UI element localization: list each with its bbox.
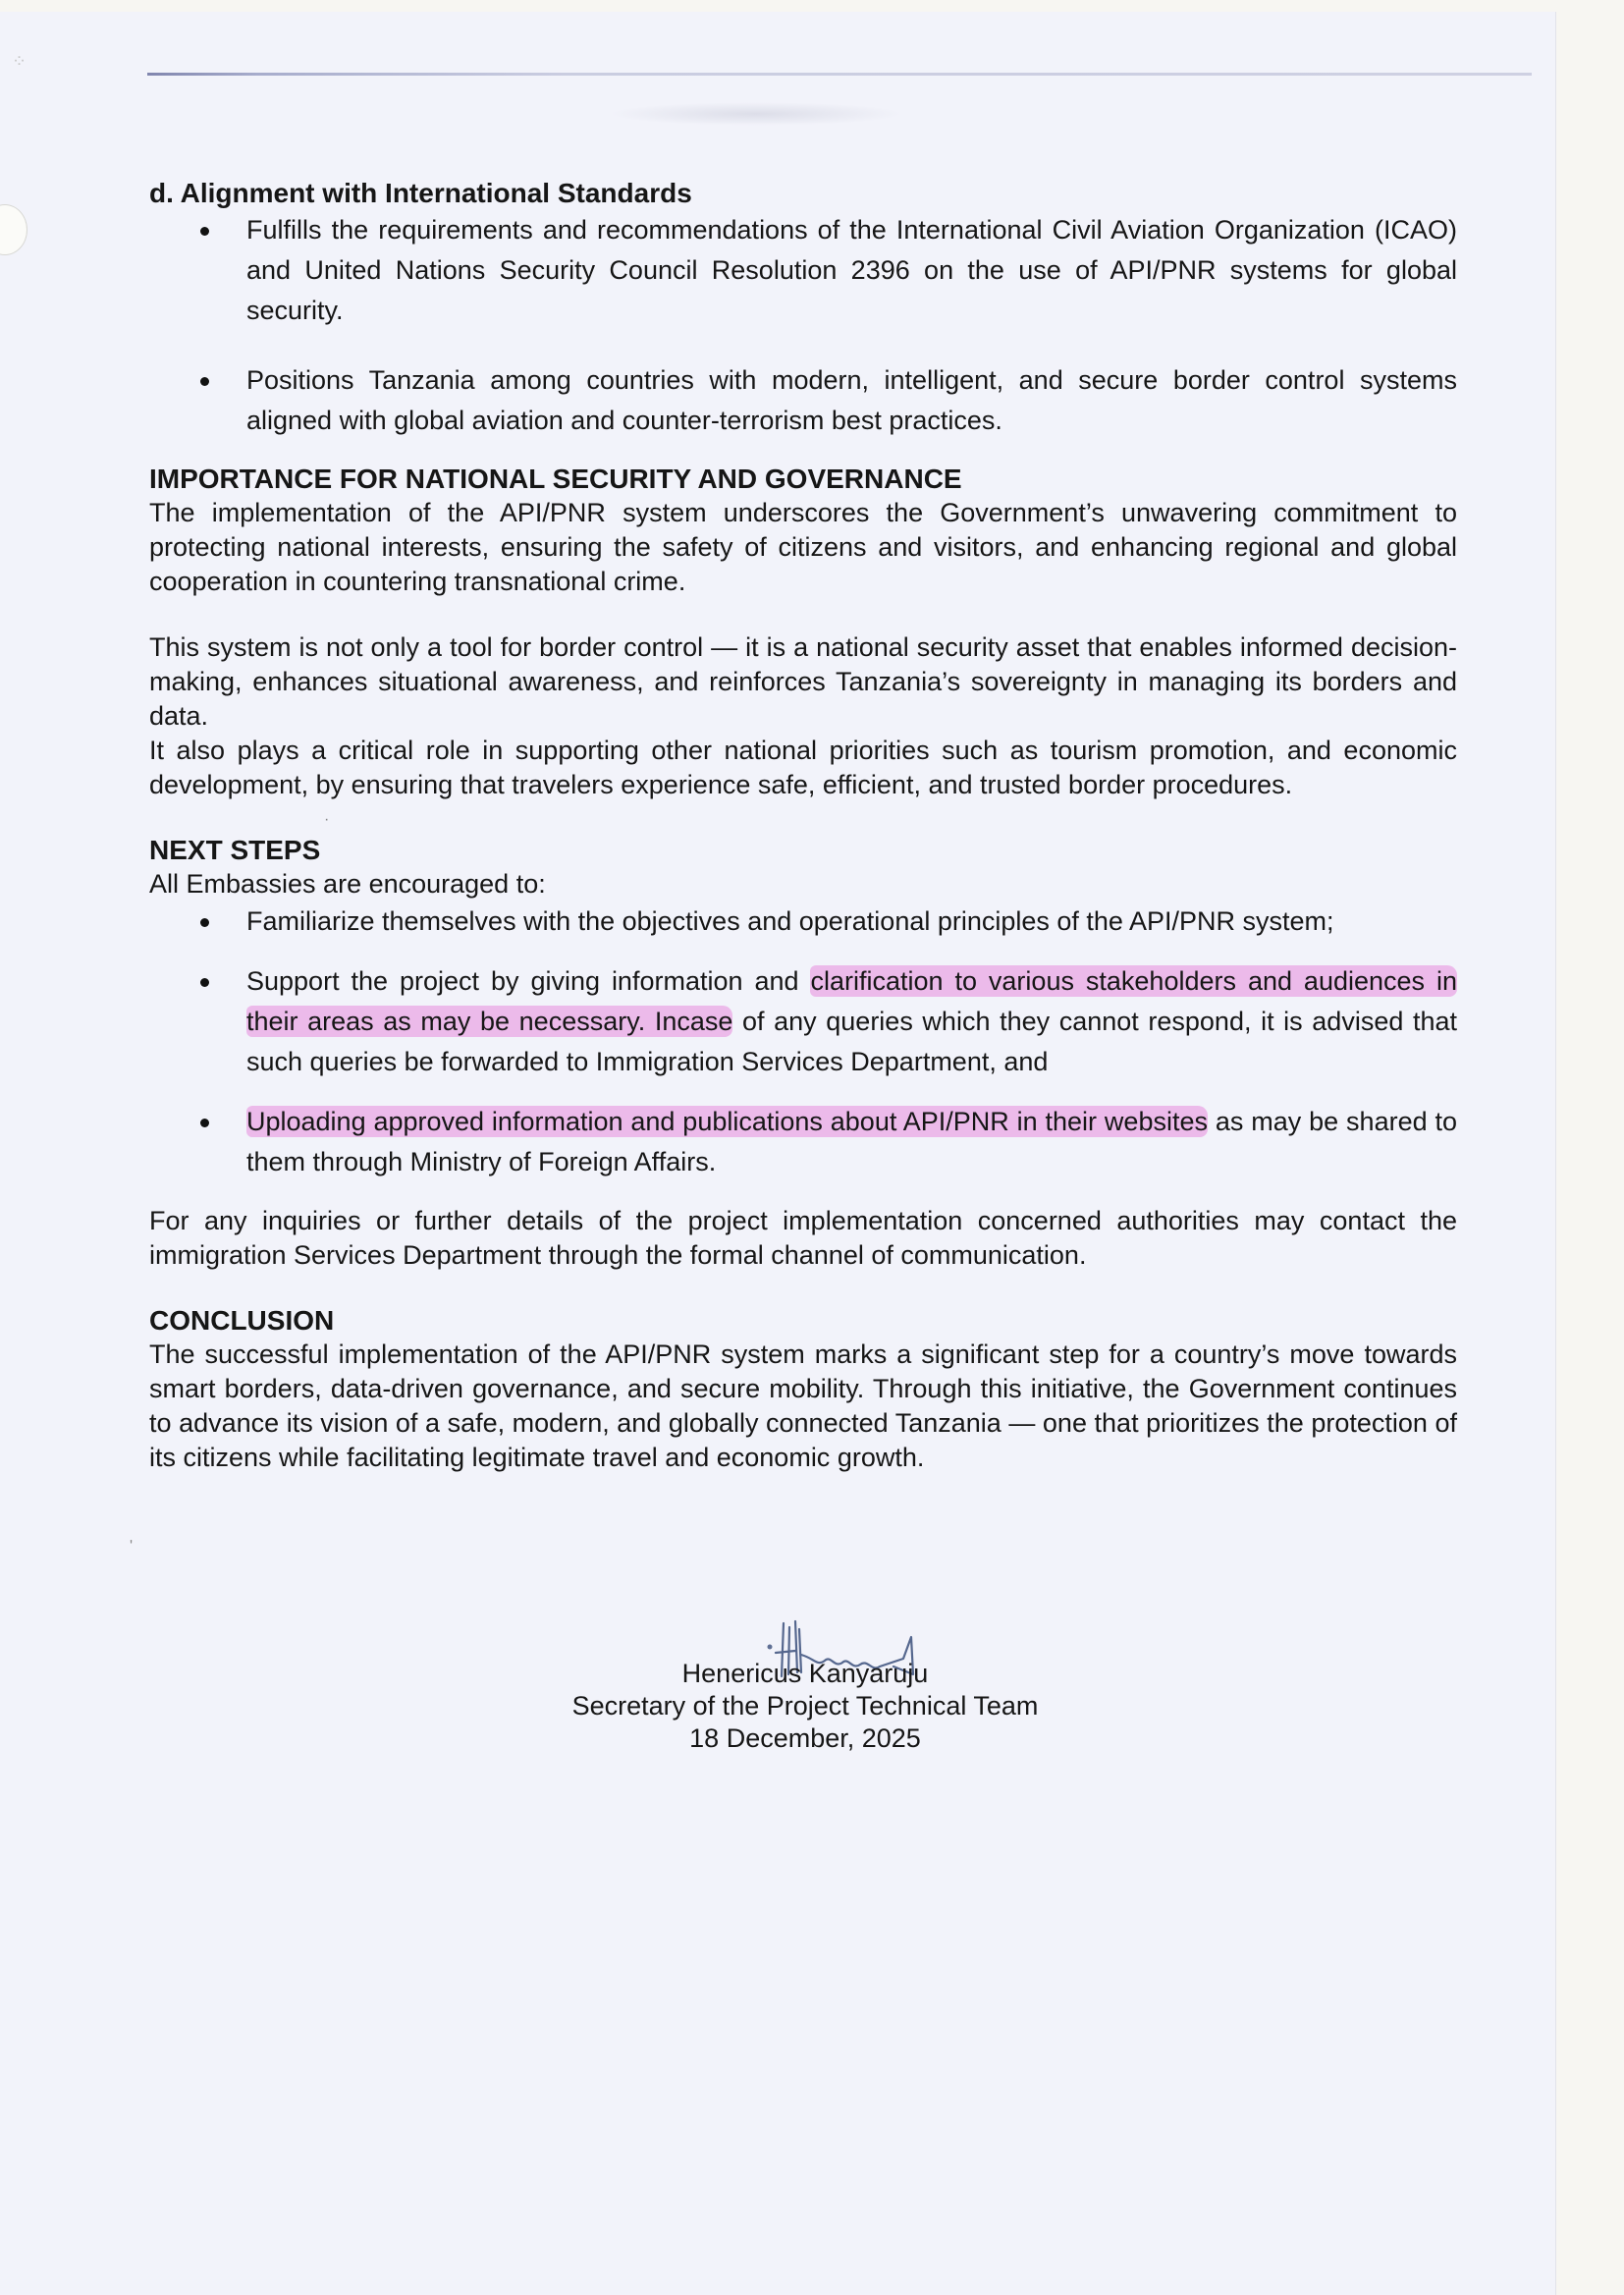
paragraph: All Embassies are encouraged to:	[149, 867, 1457, 902]
signature-block: Henericus Kanyaruju Secretary of the Pro…	[0, 1658, 1610, 1755]
spacer	[149, 1182, 1457, 1204]
spacer	[149, 1273, 1457, 1304]
list-item-text: Positions Tanzania among countries with …	[246, 365, 1457, 435]
document-body: d. Alignment with International Standard…	[149, 177, 1457, 1475]
scan-artifact: ⁘	[12, 51, 41, 81]
section-international-standards: d. Alignment with International Standard…	[149, 177, 1457, 441]
list-item: Positions Tanzania among countries with …	[149, 360, 1457, 441]
list-item: Uploading approved information and publi…	[149, 1102, 1457, 1182]
section-next-steps: NEXT STEPS All Embassies are encouraged …	[149, 834, 1457, 1273]
paragraph: For any inquiries or further details of …	[149, 1204, 1457, 1273]
paragraph: The implementation of the API/PNR system…	[149, 496, 1457, 599]
section-heading: IMPORTANCE FOR NATIONAL SECURITY AND GOV…	[149, 463, 1457, 496]
paragraph: The successful implementation of the API…	[149, 1338, 1457, 1475]
highlighted-text: Uploading approved information and publi…	[246, 1106, 1208, 1137]
bullet-list: Fulfills the requirements and recommenda…	[149, 210, 1457, 441]
list-item: Support the project by giving informatio…	[149, 961, 1457, 1082]
list-item-text: Familiarize themselves with the objectiv…	[246, 906, 1334, 936]
bullet-icon	[200, 1119, 209, 1127]
bullet-icon	[200, 377, 209, 386]
section-heading: NEXT STEPS	[149, 834, 1457, 867]
list-item-text: Fulfills the requirements and recommenda…	[246, 215, 1457, 325]
scan-artifact: ʹ	[130, 1538, 133, 1556]
list-item-text-before: Support the project by giving informatio…	[246, 966, 810, 996]
paragraph: It also plays a critical role in support…	[149, 734, 1457, 802]
section-heading: CONCLUSION	[149, 1304, 1457, 1338]
signature-date: 18 December, 2025	[0, 1722, 1610, 1755]
spacer	[149, 942, 1457, 961]
bullet-icon	[200, 918, 209, 927]
bullet-icon	[200, 978, 209, 987]
section-heading: d. Alignment with International Standard…	[149, 177, 1457, 210]
signatory-name: Henericus Kanyaruju	[0, 1658, 1610, 1690]
scan-artifact: ·	[324, 811, 329, 829]
section-conclusion: CONCLUSION The successful implementation…	[149, 1304, 1457, 1475]
section-importance: IMPORTANCE FOR NATIONAL SECURITY AND GOV…	[149, 463, 1457, 802]
list-item: Familiarize themselves with the objectiv…	[149, 902, 1457, 942]
spacer	[149, 331, 1457, 360]
header-rule	[147, 73, 1532, 76]
spacer	[149, 599, 1457, 630]
spacer	[149, 802, 1457, 834]
signatory-title: Secretary of the Project Technical Team	[0, 1690, 1610, 1722]
spacer	[149, 1082, 1457, 1102]
paragraph: This system is not only a tool for borde…	[149, 630, 1457, 734]
scan-smudge	[609, 102, 903, 126]
punch-hole	[0, 204, 27, 255]
bullet-list: Familiarize themselves with the objectiv…	[149, 902, 1457, 1182]
bullet-icon	[200, 227, 209, 236]
spacer	[149, 441, 1457, 463]
list-item: Fulfills the requirements and recommenda…	[149, 210, 1457, 331]
